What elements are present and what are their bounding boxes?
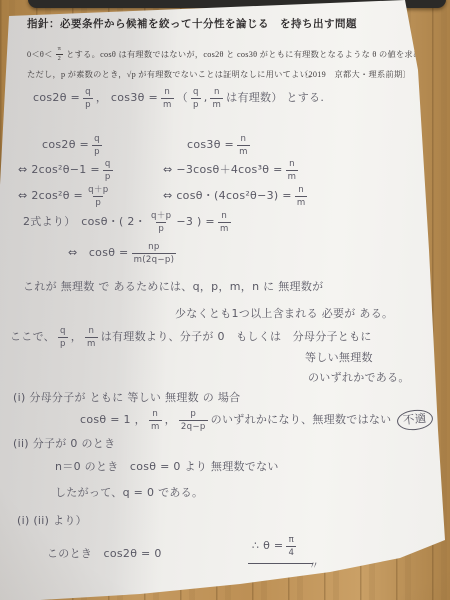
text-run: ⇔ cosθ = (68, 247, 129, 260)
hand-case-intro-3: のいずれかである。 (308, 372, 410, 385)
text-run: したがって、q = 0 である。 (55, 487, 203, 500)
fraction: nm (295, 186, 308, 207)
text-run: ⇔ cosθ・(4cos²θ−3) = (163, 190, 292, 203)
text-run: ， (71, 331, 82, 344)
hand-case-intro-1: ここで、qp ，nm は有理数より、分子が 0 もしくは 分母分子ともに (10, 327, 372, 348)
fraction-numerator: q＋p (86, 186, 110, 196)
fraction-denominator: 2 (56, 54, 64, 63)
hand-equiv-cos3-b: ⇔ cosθ・(4cos²θ−3) = nm (163, 186, 310, 207)
fraction: qp (83, 88, 93, 109)
fraction-denominator: p (103, 170, 113, 181)
fraction: qp (92, 135, 102, 156)
fraction-numerator: q＋p (149, 212, 173, 222)
fraction-numerator: n (87, 327, 97, 337)
hand-eq-cos3: cos3θ = nm (187, 135, 253, 156)
text-run: n＝0 のとき cosθ = 0 より 無理数でない (55, 461, 279, 474)
hand-final-intro: (i) (ii) より） (17, 515, 87, 528)
fraction-denominator: p (92, 145, 102, 156)
fraction: qp (103, 160, 113, 181)
fraction: π4 (286, 536, 296, 557)
text-run: ， cos3θ = (96, 92, 158, 105)
fraction-denominator: m (218, 222, 231, 233)
hand-equiv-cos2-b: ⇔ 2cos²θ = q＋pp (18, 186, 113, 207)
fraction-numerator: n (212, 88, 222, 98)
fraction-numerator: n (219, 212, 229, 222)
fraction-denominator: m (210, 98, 223, 109)
fraction-numerator: n (162, 88, 172, 98)
hand-irrational-condition-2: 少なくとも1つ以上含まれる 必要が ある。 (175, 308, 393, 321)
hand-equiv-cos2-a: ⇔ 2cos²θ−1 = qp (18, 160, 116, 181)
fraction: nm (149, 410, 162, 431)
text-run: 少なくとも1つ以上含まれる 必要が ある。 (175, 308, 393, 321)
text-run: とする。cosθ は有理数ではないが，cos2θ と cos3θ がともに有理数… (66, 50, 438, 59)
fraction-numerator: np (146, 243, 161, 253)
text-run: 〔2019 京都大・理系前期〕 (300, 70, 411, 79)
hand-final-eq: このとき cos2θ = 0 (47, 548, 162, 561)
fraction-numerator: q (58, 327, 68, 337)
text-run: のいずれかである。 (308, 372, 410, 385)
hand-case1-body: cosθ = 1 ，nm ，p2q−p のいずれかになり、無理数ではない不適 (80, 410, 433, 431)
fraction-denominator: p (83, 98, 93, 109)
fraction-numerator: q (103, 160, 113, 170)
fraction-denominator: m (286, 170, 299, 181)
hand-final-answer-emphasis: ∴ θ = π4 (248, 536, 313, 564)
text-run: ， (165, 414, 176, 427)
hand-irrational-condition-1: これが 無理数 で あるためには、q，p，m，n に 無理数が (23, 281, 323, 294)
fraction-numerator: q (191, 88, 201, 98)
fraction: q＋pp (149, 212, 173, 233)
text-run: は有理数） とする. (226, 92, 324, 105)
fraction-denominator: 4 (286, 546, 296, 557)
text-run: −3 ) = (176, 216, 215, 229)
text-run: cos2θ = (42, 139, 89, 152)
fraction: π2 (56, 46, 64, 63)
text-run: cosθ = 1 ， (80, 414, 146, 427)
fraction-numerator: π (56, 46, 64, 54)
text-run: ⇔ 2cos²θ = (18, 190, 83, 203)
fraction-denominator: m (161, 98, 174, 109)
hand-combined-eq: 2式より） cosθ・( 2・q＋pp −3 ) = nm (23, 212, 234, 233)
text-run: (i) 分母分子が ともに 等しい 無理数 の 場合 (13, 392, 240, 405)
fraction: nm (85, 327, 98, 348)
hand-case2-conclusion: したがって、q = 0 である。 (55, 487, 203, 500)
hand-case1-heading: (i) 分母分子が ともに 等しい 無理数 の 場合 (13, 392, 240, 405)
fraction: npm(2q−p) (132, 243, 177, 264)
text-run: cos3θ = (187, 139, 234, 152)
text-run: cos2θ = (33, 92, 80, 105)
fraction: nm (237, 135, 250, 156)
fraction-denominator: m(2q−p) (132, 253, 177, 264)
fraction-numerator: n (287, 160, 297, 170)
text-run: ここで、 (10, 331, 55, 344)
text-run: ⇔ −3cosθ＋4cos³θ = (163, 164, 283, 177)
text-run: (i) (ii) より） (17, 515, 87, 528)
circled-annotation: 不適 (397, 409, 435, 433)
hand-final-answer: ∴ θ = π4 (248, 536, 313, 564)
printed-guideline: 指針：必要条件から候補を絞って十分性を論じる を持ち出す問題 (27, 18, 357, 30)
fraction: nm (218, 212, 231, 233)
fraction-numerator: π (287, 536, 296, 546)
fraction: nm (286, 160, 299, 181)
hand-case-intro-2: 等しい無理数 (305, 352, 373, 365)
text-run: 等しい無理数 (305, 352, 373, 365)
fraction-denominator: p (58, 337, 68, 348)
fraction-numerator: n (296, 186, 306, 196)
fraction: qp (58, 327, 68, 348)
hand-case2-heading: (ii) 分子が 0 のとき (13, 438, 115, 451)
fraction-denominator: p (156, 222, 166, 233)
fraction-denominator: 2q−p (179, 420, 208, 431)
printed-problem-line2: ただし，p が素数のとき，√p が有理数でないことは証明なしに用いてよい。 (27, 70, 317, 79)
text-run: のいずれかになり、無理数ではない (211, 414, 392, 427)
text-run: , (204, 92, 208, 105)
text-run: ただし，p が素数のとき，√p が有理数でないことは証明なしに用いてよい。 (27, 70, 317, 79)
fraction-numerator: q (83, 88, 93, 98)
text-run: このとき cos2θ = 0 (47, 548, 162, 561)
printed-source-citation: 〔2019 京都大・理系前期〕 (300, 70, 411, 79)
fraction-denominator: m (237, 145, 250, 156)
text-run: ⇔ 2cos²θ−1 = (18, 164, 100, 177)
fraction-denominator: p (93, 196, 103, 207)
fraction: nm (161, 88, 174, 109)
paper-sheet: 指針：必要条件から候補を絞って十分性を論じる を持ち出す問題0＜θ＜π2 とする… (0, 0, 450, 600)
fraction-denominator: m (85, 337, 98, 348)
text-run: 指針：必要条件から候補を絞って十分性を論じる を持ち出す問題 (27, 18, 357, 30)
hand-costheta-solved: ⇔ cosθ = npm(2q−p) (68, 243, 179, 264)
text-run: （ (177, 92, 188, 105)
text-run: (ii) 分子が 0 のとき (13, 438, 115, 451)
fraction: qp (191, 88, 201, 109)
fraction: q＋pp (86, 186, 110, 207)
fraction-denominator: m (149, 420, 162, 431)
text-run: 0＜θ＜ (27, 50, 53, 59)
text-run: これが 無理数 で あるためには、q，p，m，n に 無理数が (23, 281, 323, 294)
text-run: ∴ θ = (252, 540, 283, 553)
hand-equiv-cos3-a: ⇔ −3cosθ＋4cos³θ = nm (163, 160, 301, 181)
fraction: p2q−p (179, 410, 208, 431)
fraction-numerator: q (92, 135, 102, 145)
printed-problem-line1: 0＜θ＜π2 とする。cosθ は有理数ではないが，cos2θ と cos3θ … (27, 46, 438, 63)
fraction-numerator: n (150, 410, 160, 420)
fraction-numerator: p (188, 410, 198, 420)
hand-case2-body: n＝0 のとき cosθ = 0 より 無理数でない (55, 461, 279, 474)
text-run: は有理数より、分子が 0 もしくは 分母分子ともに (101, 331, 372, 344)
hand-eq-cos2: cos2θ = qp (42, 135, 105, 156)
hand-setup: cos2θ = qp ， cos3θ = nm （qp , nm は有理数） と… (33, 88, 324, 109)
fraction: nm (210, 88, 223, 109)
fraction-numerator: n (239, 135, 249, 145)
fraction-denominator: m (295, 196, 308, 207)
fraction-denominator: p (191, 98, 201, 109)
text-run: 2式より） cosθ・( 2・ (23, 216, 146, 229)
